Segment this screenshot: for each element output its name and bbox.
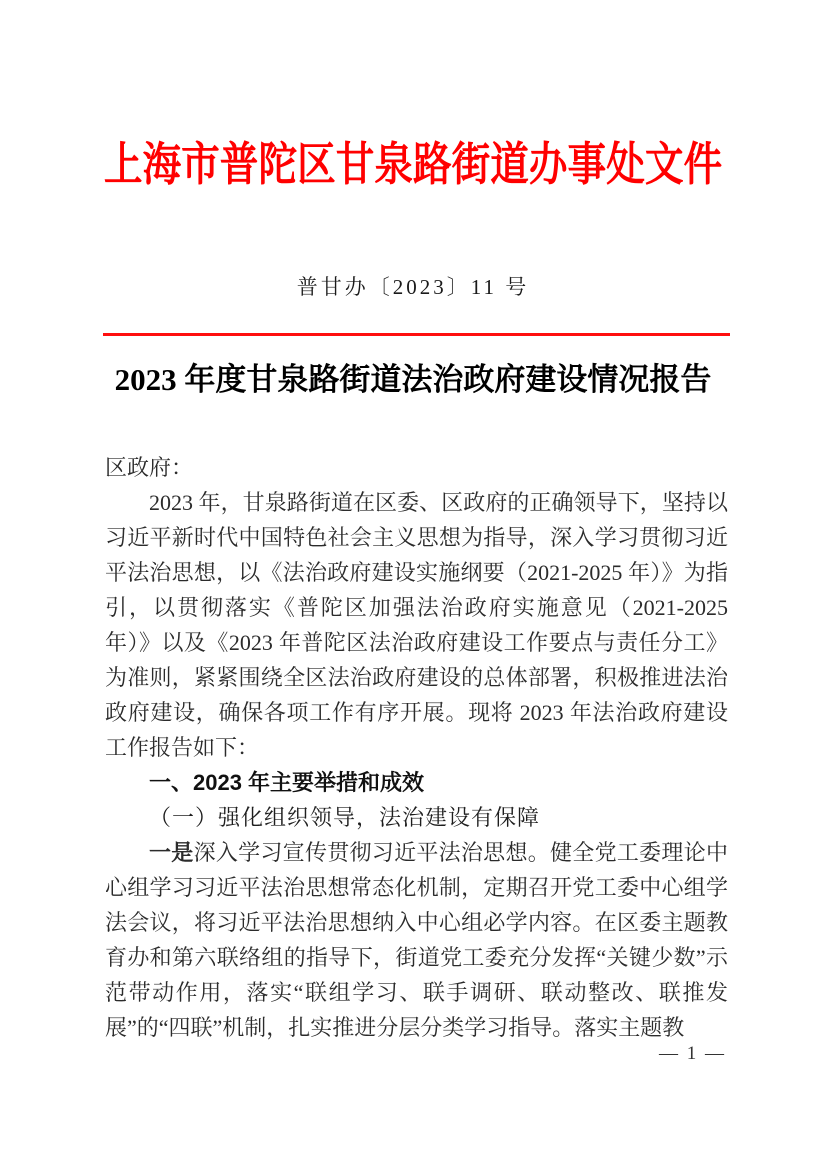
page-number: — 1 — <box>659 1042 726 1066</box>
document-title: 2023 年度甘泉路街道法治政府建设情况报告 <box>0 358 826 402</box>
point-1-paragraph: 一是深入学习宣传贯彻习近平法治思想。健全党工委理论中心组学习习近平法治思想常态化… <box>105 835 728 1045</box>
issuing-authority-header: 上海市普陀区甘泉路街道办事处文件 <box>66 136 760 192</box>
document-page: 上海市普陀区甘泉路街道办事处文件 普甘办〔2023〕11 号 2023 年度甘泉… <box>0 0 826 1169</box>
point-1-text: 深入学习宣传贯彻习近平法治思想。健全党工委理论中心组学习习近平法治思想常态化机制… <box>105 840 728 1040</box>
salutation: 区政府： <box>105 450 728 485</box>
red-divider-line <box>103 333 730 336</box>
point-1-lead: 一是 <box>149 840 194 865</box>
intro-paragraph: 2023 年，甘泉路街道在区委、区政府的正确领导下，坚持以习近平新时代中国特色社… <box>105 485 728 765</box>
section-1-heading: 一、2023 年主要举措和成效 <box>105 765 728 800</box>
subsection-1-heading: （一）强化组织领导，法治建设有保障 <box>105 800 728 835</box>
document-number: 普甘办〔2023〕11 号 <box>0 272 826 302</box>
document-body: 区政府： 2023 年，甘泉路街道在区委、区政府的正确领导下，坚持以习近平新时代… <box>105 450 728 1045</box>
